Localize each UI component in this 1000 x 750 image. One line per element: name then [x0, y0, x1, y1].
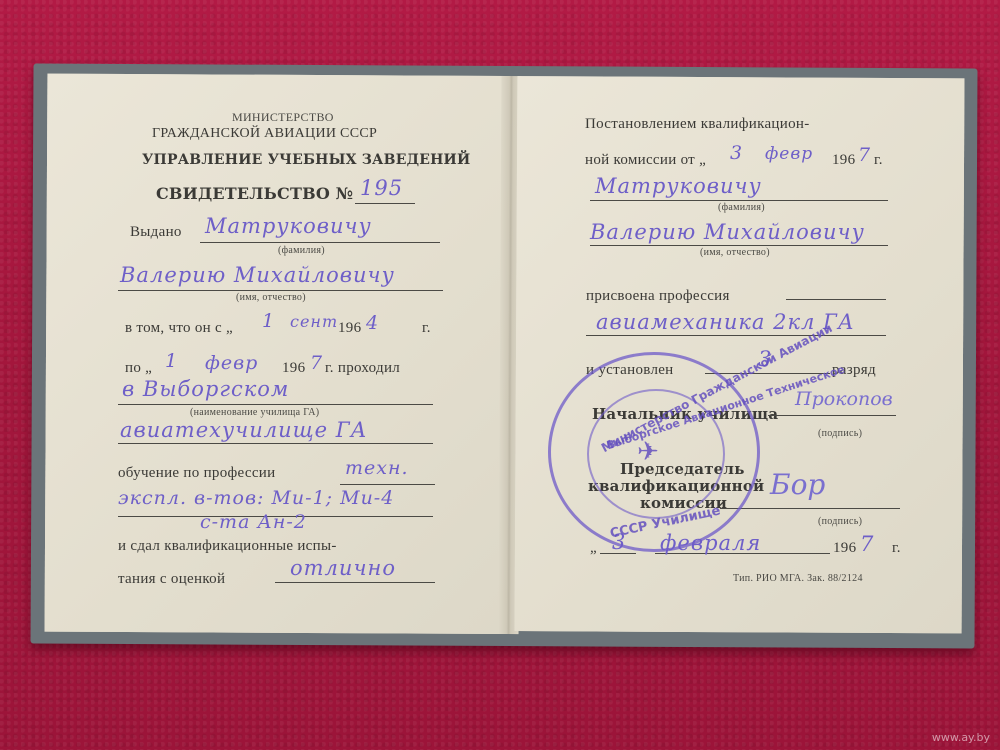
resolution-day: 3 — [730, 142, 743, 164]
right-surname-caption: (фамилия) — [718, 202, 765, 213]
school-caption: (наименование училища ГА) — [190, 407, 319, 418]
resolution-line1: Постановлением квалификацион- — [585, 116, 810, 133]
profession-line-1 — [340, 484, 435, 485]
exam-line2-label: тания с оценкой — [118, 571, 225, 588]
resolution-suffix: г. — [874, 152, 883, 169]
head-signature-line — [768, 415, 896, 416]
print-info: Тип. РИО МГА. Зак. 88/2124 — [733, 573, 863, 584]
right-name-line — [590, 245, 888, 246]
resolution-year-prefix: 196 — [832, 152, 855, 169]
ministry-line2: ГРАЖДАНСКОЙ АВИАЦИИ СССР — [152, 126, 377, 142]
profession-line3: с-та Ан-2 — [200, 511, 307, 533]
training-label: обучение по профессии — [118, 465, 275, 482]
to-suffix: г. проходил — [325, 360, 400, 377]
certificate-number: 195 — [360, 176, 403, 200]
right-surname: Матруковичу — [595, 174, 762, 198]
date-suffix: г. — [892, 540, 901, 557]
school-line-1 — [118, 404, 433, 405]
stamp-emblem-icon: ✈ — [637, 437, 659, 467]
resolution-month: февр — [765, 144, 813, 164]
chairman-signature: Бор — [770, 468, 825, 501]
to-year-digit: 7 — [310, 352, 323, 374]
school-line-2 — [118, 443, 433, 444]
name-line — [118, 290, 443, 291]
date-year-prefix: 196 — [833, 540, 856, 557]
assigned-line-1 — [786, 299, 886, 300]
assigned-line-2 — [586, 335, 886, 336]
to-prefix: по „ — [125, 360, 152, 377]
from-prefix: в том, что он с „ — [125, 320, 233, 337]
assigned-label: присвоена профессия — [586, 288, 730, 305]
right-name-patronymic: Валерию Михайловичу — [590, 220, 865, 244]
profession-line2: экспл. в-тов: Ми-1; Ми-4 — [118, 487, 394, 509]
surname-caption: (фамилия) — [278, 245, 325, 256]
from-year-digit: 4 — [366, 312, 379, 334]
chairman-signature-caption: (подпись) — [818, 516, 862, 527]
to-year-prefix: 196 — [282, 360, 305, 377]
from-month: сент — [290, 312, 338, 331]
left-surname: Матруковичу — [205, 214, 372, 238]
chairman-signature-line — [720, 508, 900, 509]
resolution-line2-label: ной комиссии от „ — [585, 152, 706, 169]
certificate-label: СВИДЕТЕЛЬСТВО № — [156, 184, 353, 203]
right-surname-line — [590, 200, 888, 201]
right-name-caption: (имя, отчество) — [700, 247, 770, 258]
from-year-prefix: 196 — [338, 320, 361, 337]
date-year-digit: 7 — [860, 532, 874, 556]
department-title: УПРАВЛЕНИЕ УЧЕБНЫХ ЗАВЕДЕНИЙ — [142, 152, 470, 168]
surname-line — [200, 242, 440, 243]
resolution-year-digit: 7 — [858, 144, 871, 166]
grade-line — [275, 582, 435, 583]
left-name-patronymic: Валерию Михайловичу — [120, 263, 395, 287]
profession-line1: техн. — [345, 457, 409, 479]
ministry-line1: МИНИСТЕРСТВО — [232, 110, 334, 125]
exam-grade: отлично — [290, 556, 396, 580]
certificate-number-line — [355, 203, 415, 204]
school-name-line1: в Выборгском — [122, 377, 289, 401]
date-open-quote: „ — [590, 540, 597, 557]
exam-line1: и сдал квалификационные испы- — [118, 538, 337, 555]
head-signature: Прокопов — [795, 388, 893, 410]
to-day: 1 — [165, 350, 178, 372]
official-seal-stamp: Министерство Гражданской Авиации Выборгс… — [548, 352, 760, 552]
from-day: 1 — [262, 310, 275, 332]
issued-label: Выдано — [130, 224, 182, 241]
watermark: www.ay.by — [932, 731, 990, 744]
name-caption: (имя, отчество) — [236, 292, 306, 303]
school-name-line2: авиатехучилище ГА — [120, 418, 368, 442]
to-month: февр — [205, 352, 258, 374]
from-suffix: г. — [422, 320, 431, 337]
head-signature-caption: (подпись) — [818, 428, 862, 439]
